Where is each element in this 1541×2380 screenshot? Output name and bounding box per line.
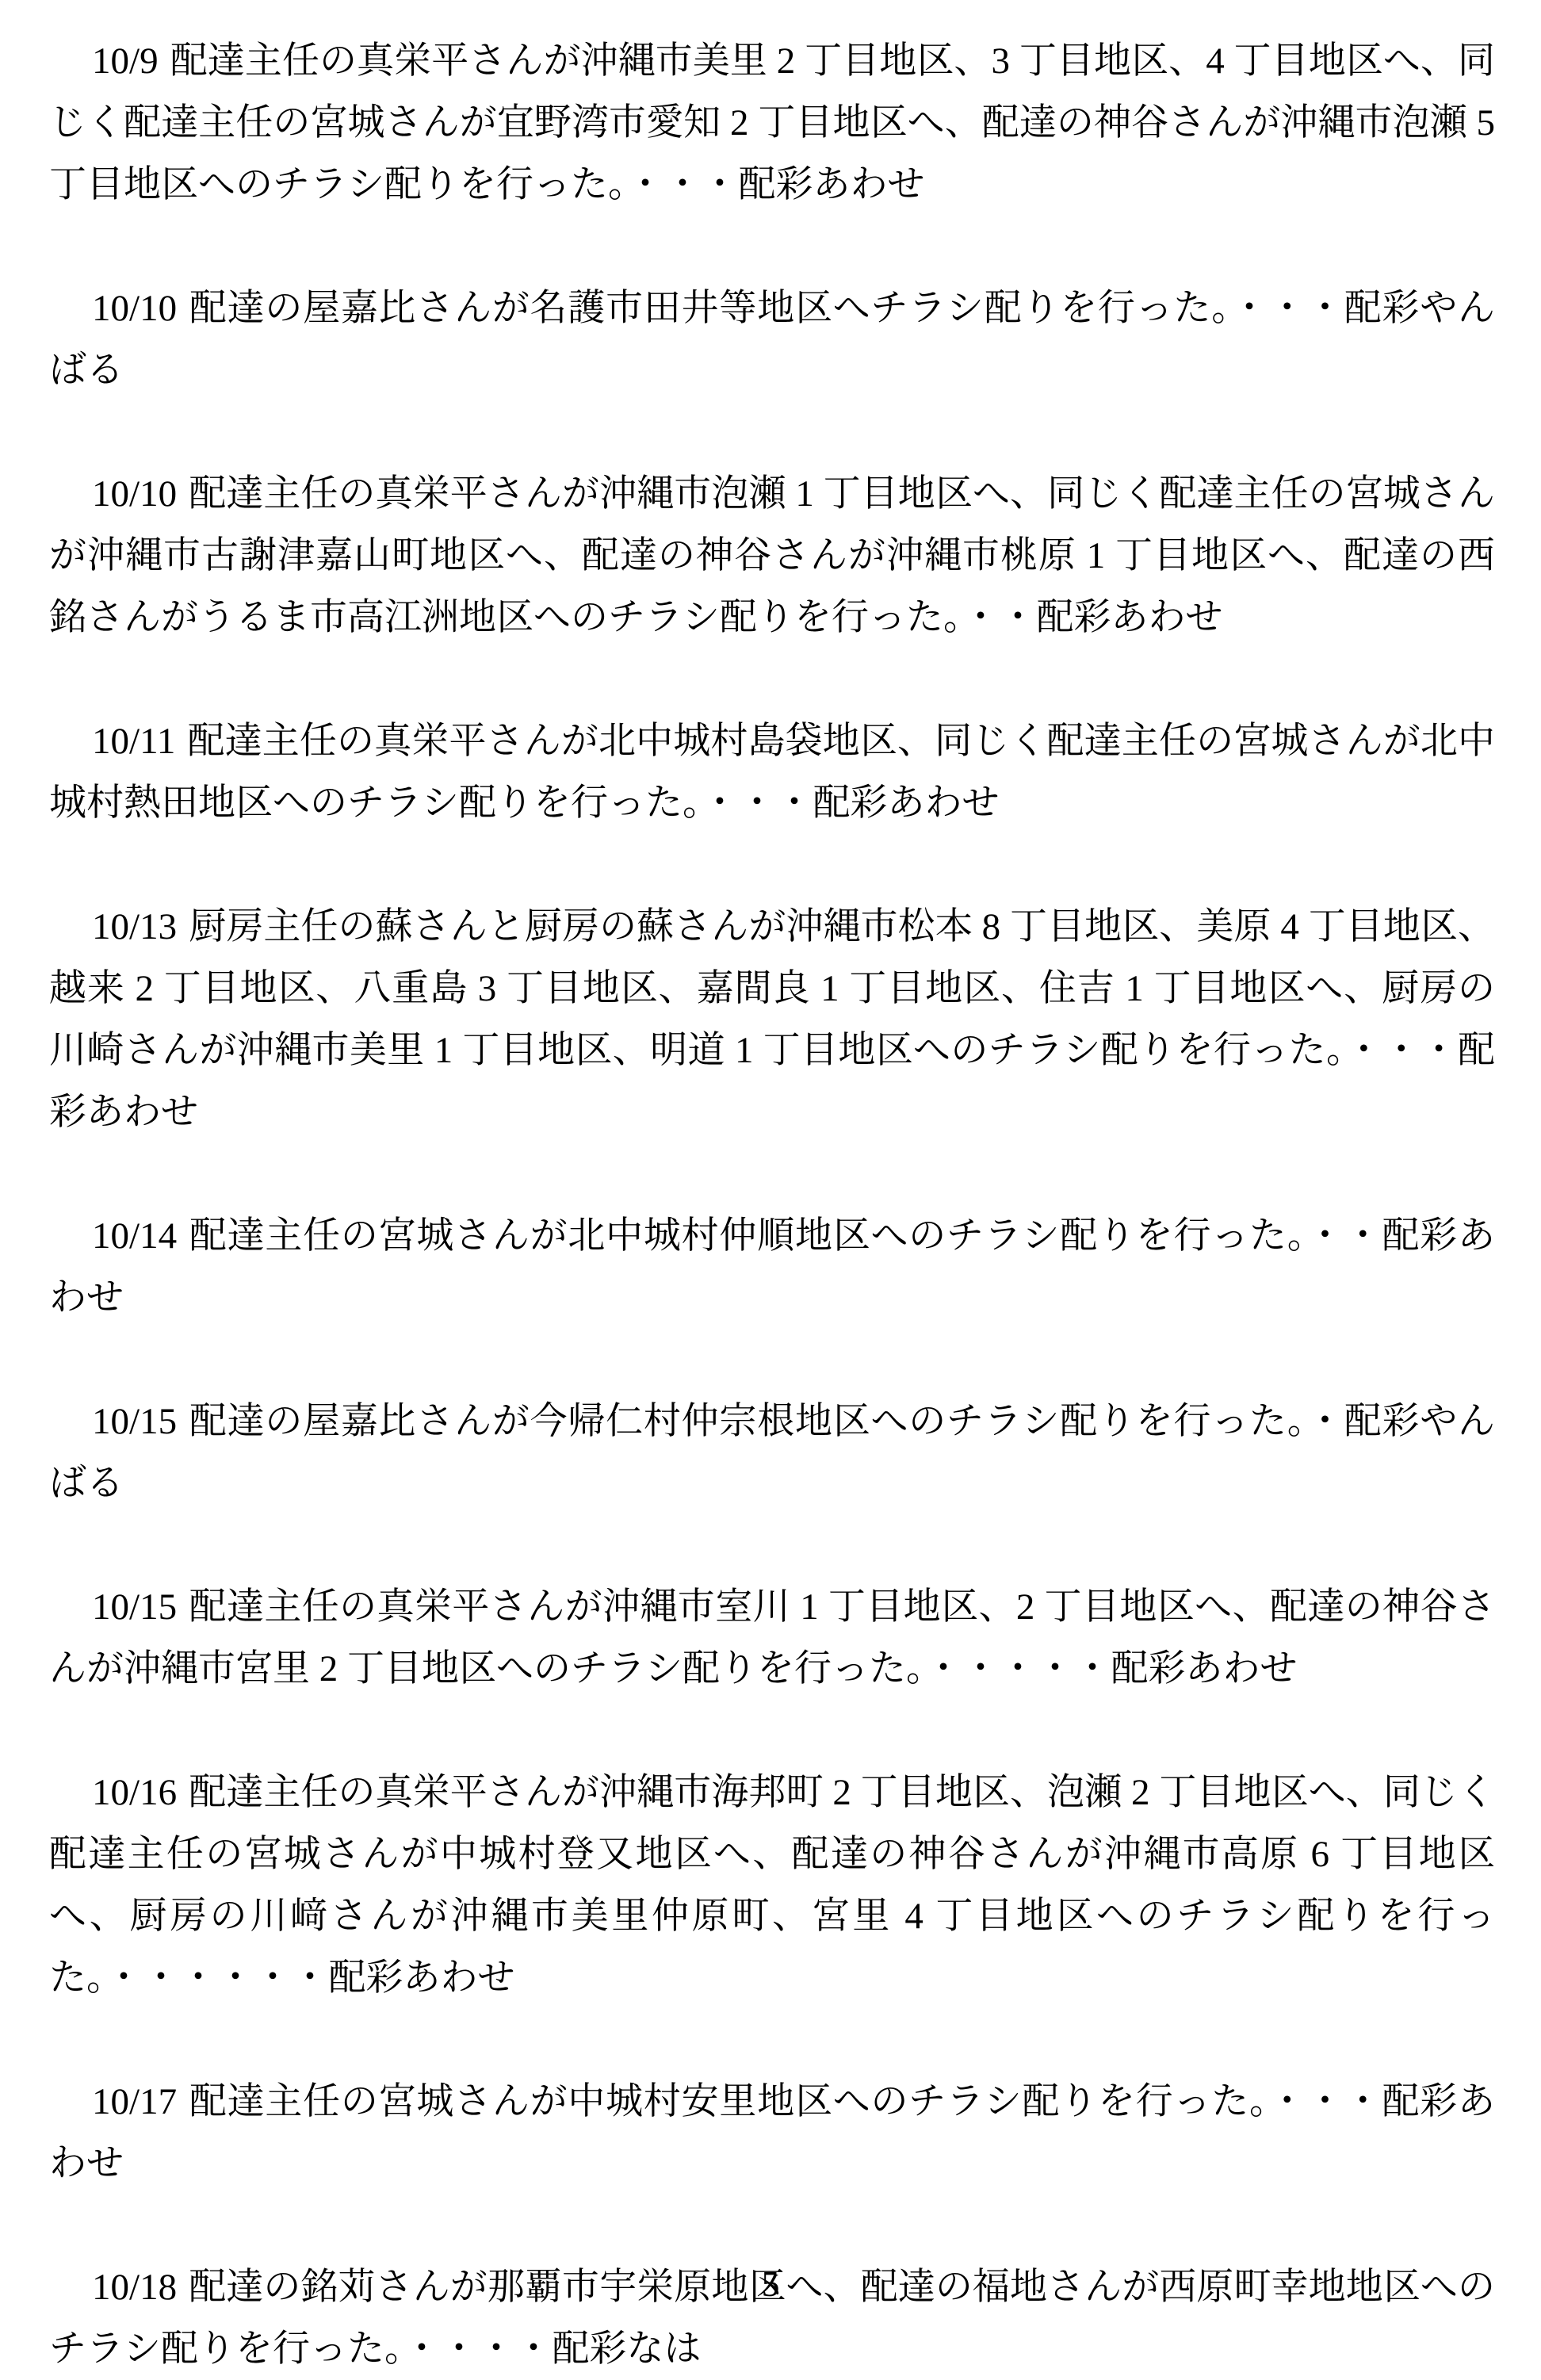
entry-text: 配達主任の宮城さんが北中城村仲順地区へのチラシ配りを行った。・・配彩あわせ: [49, 1215, 1495, 1318]
report-paragraph: 10/15配達の屋嘉比さんが今帰仁村仲宗根地区へのチラシ配りを行った。・配彩やん…: [49, 1391, 1495, 1514]
entry-text: 配達主任の宮城さんが中城村安里地区へのチラシ配りを行った。・・・配彩あわせ: [49, 2081, 1495, 2184]
report-paragraph: 10/17配達主任の宮城さんが中城村安里地区へのチラシ配りを行った。・・・配彩あ…: [49, 2071, 1495, 2194]
entry-text: 配達の屋嘉比さんが名護市田井等地区へチラシ配りを行った。・・・配彩やんばる: [49, 288, 1495, 391]
report-paragraph: 10/15配達主任の真栄平さんが沖縄市室川 1 丁目地区、2 丁目地区へ、配達の…: [49, 1576, 1495, 1700]
entry-date: 10/17: [92, 2081, 177, 2122]
report-paragraph: 10/14配達主任の宮城さんが北中城村仲順地区へのチラシ配りを行った。・・配彩あ…: [49, 1205, 1495, 1329]
entry-date: 10/10: [92, 288, 177, 329]
scanned-document: { "page": { "number": "5" }, "paragraphs…: [0, 0, 1541, 2337]
entry-text: 配達主任の真栄平さんが沖縄市泡瀬 1 丁目地区へ、同じく配達主任の宮城さんが沖縄…: [49, 473, 1495, 638]
page-number: 5: [0, 2266, 1541, 2302]
report-paragraph: 10/9配達主任の真栄平さんが沖縄市美里 2 丁目地区、3 丁目地区、4 丁目地…: [49, 30, 1495, 216]
entry-date: 10/10: [92, 473, 177, 515]
report-paragraph: 10/13厨房主任の蘇さんと厨房の蘇さんが沖縄市松本 8 丁目地区、美原 4 丁…: [49, 896, 1495, 1143]
entry-date: 10/14: [92, 1215, 177, 1257]
entry-date: 10/16: [92, 1772, 177, 1813]
report-paragraph: 10/10配達主任の真栄平さんが沖縄市泡瀬 1 丁目地区へ、同じく配達主任の宮城…: [49, 463, 1495, 649]
entry-text: 配達主任の真栄平さんが沖縄市室川 1 丁目地区、2 丁目地区へ、配達の神谷さんが…: [49, 1586, 1495, 1689]
entry-date: 10/11: [92, 721, 175, 762]
entry-text: 厨房主任の蘇さんと厨房の蘇さんが沖縄市松本 8 丁目地区、美原 4 丁目地区、越…: [49, 906, 1495, 1133]
entry-text: 配達の屋嘉比さんが今帰仁村仲宗根地区へのチラシ配りを行った。・配彩やんばる: [49, 1401, 1495, 1504]
entry-text: 配達主任の真栄平さんが沖縄市海邦町 2 丁目地区、泡瀬 2 丁目地区へ、同じく配…: [49, 1772, 1495, 1999]
entry-text: 配達主任の真栄平さんが沖縄市美里 2 丁目地区、3 丁目地区、4 丁目地区へ、同…: [49, 40, 1495, 205]
entry-date: 10/15: [92, 1401, 177, 1442]
entry-date: 10/13: [92, 906, 177, 947]
entry-text: 配達主任の真栄平さんが北中城村島袋地区、同じく配達主任の宮城さんが北中城村熱田地…: [49, 721, 1495, 824]
report-paragraph: 10/11配達主任の真栄平さんが北中城村島袋地区、同じく配達主任の宮城さんが北中…: [49, 710, 1495, 834]
report-paragraph: 10/10配達の屋嘉比さんが名護市田井等地区へチラシ配りを行った。・・・配彩やん…: [49, 277, 1495, 401]
report-paragraph: 10/16配達主任の真栄平さんが沖縄市海邦町 2 丁目地区、泡瀬 2 丁目地区へ…: [49, 1762, 1495, 2009]
document-page: 10/9配達主任の真栄平さんが沖縄市美里 2 丁目地区、3 丁目地区、4 丁目地…: [0, 0, 1541, 2337]
entry-date: 10/9: [92, 40, 159, 82]
entry-date: 10/15: [92, 1586, 177, 1628]
